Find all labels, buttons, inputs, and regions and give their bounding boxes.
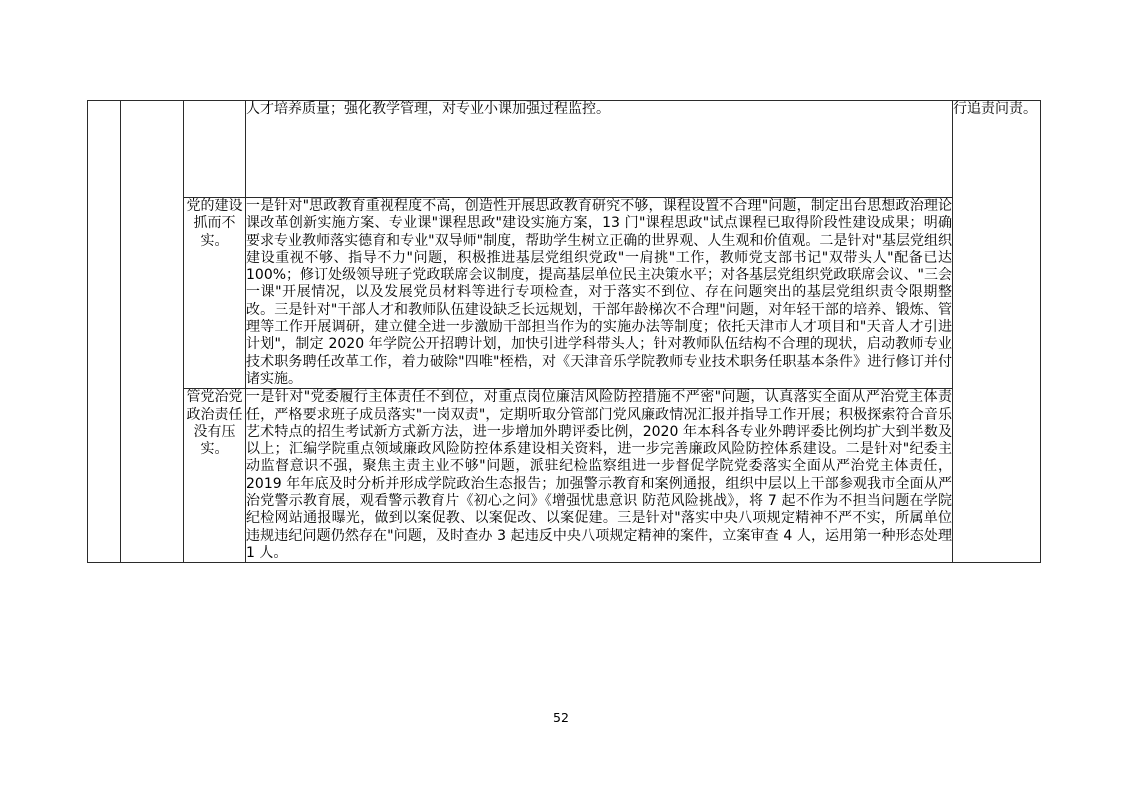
left-spanner-cell-2 <box>121 101 184 563</box>
left-spanner-cell-1 <box>88 101 121 563</box>
rectification-text-cell-2: 一是针对"思政教育重视程度不高，创造性开展思政教育研究不够，课程设置不合理"问题… <box>246 198 953 389</box>
accountability-cell: 行追责问责。 <box>953 101 1041 563</box>
rectification-table: 人才培养质量；强化教学管理，对专业小课加强过程监控。 行追责问责。 党的建设 抓… <box>87 100 1041 563</box>
page-number: 52 <box>0 710 1122 725</box>
rectification-text-cell-3: 一是针对"党委履行主体责任不到位，对重点岗位廉洁风险防控措施不严密"问题，认真落… <box>246 389 953 563</box>
issue-label-cell-3: 管党治党 政治责任 没有压 实。 <box>184 389 246 563</box>
issue-label-cell-1 <box>184 101 246 198</box>
issue-label-cell-2: 党的建设 抓而不 实。 <box>184 198 246 389</box>
rectification-text-cell-1: 人才培养质量；强化教学管理，对专业小课加强过程监控。 <box>246 101 953 198</box>
document-page: 人才培养质量；强化教学管理，对专业小课加强过程监控。 行追责问责。 党的建设 抓… <box>0 0 1122 793</box>
